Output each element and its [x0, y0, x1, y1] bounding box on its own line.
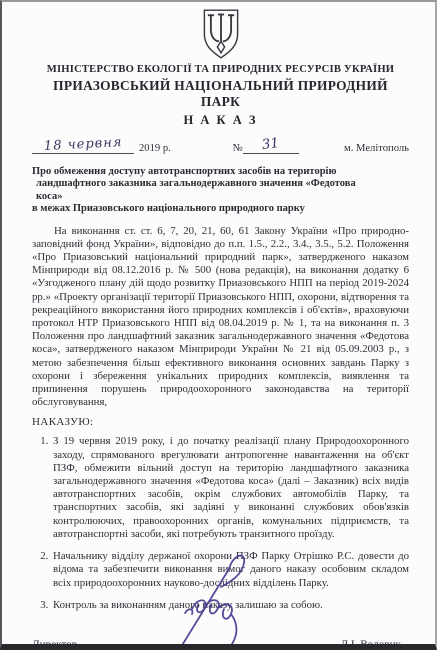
preamble-paragraph: На виконання ст. ст. 6, 7, 20, 21, 60, 6… — [32, 225, 409, 410]
document-type-heading: Н А К А З — [32, 113, 409, 128]
order-heading: НАКАЗУЮ: — [32, 416, 409, 428]
number-group: №31 — [233, 137, 299, 154]
issue-city: м. Мелітополь — [344, 143, 409, 154]
subject-block: Про обмеження доступу автотранспортних з… — [32, 166, 384, 216]
signoff-row: Директор Д.І. Воловик — [32, 639, 409, 650]
ukraine-trident-emblem-icon — [198, 8, 244, 60]
number-sign: № — [233, 143, 243, 154]
document-body: МІНІСТЕРСТВО ЕКОЛОГІЇ ТА ПРИРОДНИХ РЕСУР… — [2, 2, 435, 650]
subject-line: в межах Приазовського національного прир… — [32, 203, 384, 215]
date-underline: 18 червня — [32, 138, 134, 154]
order-items-list: З 19 червня 2019 року, і до початку реал… — [32, 435, 409, 611]
handwritten-date: 18 червня — [43, 135, 122, 154]
year-suffix: 2019 р. — [139, 143, 171, 154]
order-item-3: Контроль за виконанням даного наказу зал… — [51, 599, 409, 612]
scanned-order-document: МІНІСТЕРСТВО ЕКОЛОГІЇ ТА ПРИРОДНИХ РЕСУР… — [0, 0, 437, 650]
subject-line: Про обмеження доступу автотранспортних з… — [32, 166, 384, 178]
organization-title: ПРИАЗОВСЬКИЙ НАЦІОНАЛЬНИЙ ПРИРОДНИЙ ПАРК — [32, 78, 409, 110]
order-item-2: Начальнику відділу держаної охорони ПЗФ … — [51, 550, 409, 590]
ministry-title: МІНІСТЕРСТВО ЕКОЛОГІЇ ТА ПРИРОДНИХ РЕСУР… — [32, 64, 409, 75]
emblem-container — [32, 8, 409, 60]
subject-line: ландшафтного заказника загальнодержавног… — [36, 178, 384, 203]
signoff-role: Директор — [32, 639, 77, 650]
date-number-city-row: 18 червня2019 р. №31 м. Мелітополь — [32, 137, 409, 154]
signoff-name: Д.І. Воловик — [340, 639, 409, 650]
handwritten-number: 31 — [261, 135, 280, 153]
number-underline: 31 — [243, 137, 299, 154]
date-group: 18 червня2019 р. — [32, 138, 171, 154]
order-item-1: З 19 червня 2019 року, і до початку реал… — [51, 435, 409, 541]
